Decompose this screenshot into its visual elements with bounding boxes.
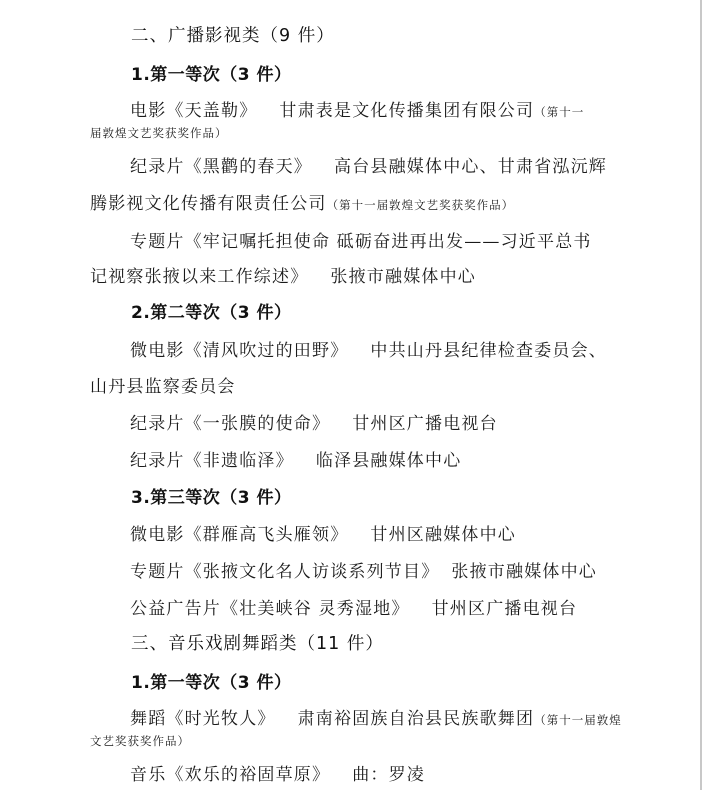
organization: 甘州区广播电视台 xyxy=(352,414,498,434)
award-note-continuation: 文艺奖获奖作品） xyxy=(90,733,190,749)
section-heading: 三、音乐戏剧舞蹈类（11 件） xyxy=(131,630,384,655)
list-item: 公益广告片《壮美峡谷 灵秀湿地》甘州区广播电视台 xyxy=(130,594,577,619)
list-item: 舞蹈《时光牧人》肃南裕固族自治县民族歌舞团（第十一届敦煌 xyxy=(130,704,622,729)
award-note: （第十一届敦煌 xyxy=(534,713,622,727)
organization: 甘肃表是文化传播集团有限公司 xyxy=(279,101,534,121)
tier-heading: 3.第三等次（3 件） xyxy=(131,483,292,508)
work-title: 纪录片《一张膜的使命》 xyxy=(130,414,330,434)
tier-heading: 1.第一等次（3 件） xyxy=(131,668,292,693)
list-item: 纪录片《一张膜的使命》甘州区广播电视台 xyxy=(130,409,498,434)
organization: 甘州区广播电视台 xyxy=(432,599,578,619)
work-title: 纪录片《非遗临泽》 xyxy=(130,451,294,471)
organization: 张掖市融媒体中心 xyxy=(330,267,476,287)
list-item: 纪录片《非遗临泽》临泽县融媒体中心 xyxy=(130,446,461,471)
award-note: （第十一 xyxy=(534,105,584,119)
list-item-continuation: 山丹县监察委员会 xyxy=(90,372,236,397)
list-item: 电影《天盖勒》甘肃表是文化传播集团有限公司（第十一 xyxy=(130,96,584,121)
work-title: 纪录片《黑鹳的春天》 xyxy=(130,157,312,177)
organization: 临泽县融媒体中心 xyxy=(316,451,462,471)
list-item: 专题片《牢记嘱托担使命 砥砺奋进再出发——习近平总书 xyxy=(130,227,592,252)
organization: 肃南裕固族自治县民族歌舞团 xyxy=(298,709,535,729)
composer: 曲：罗凌 xyxy=(352,765,425,785)
list-item: 专题片《张掖文化名人访谈系列节目》张掖市融媒体中心 xyxy=(130,557,597,582)
tier-heading: 1.第一等次（3 件） xyxy=(131,60,292,85)
award-note-continuation: 届敦煌文艺奖获奖作品） xyxy=(90,125,228,141)
work-title: 微电影《群雁高飞头雁领》 xyxy=(130,525,348,545)
list-item: 音乐《欢乐的裕固草原》曲：罗凌 xyxy=(130,760,425,785)
organization: 甘州区融媒体中心 xyxy=(370,525,516,545)
organization: 中共山丹县纪律检查委员会、 xyxy=(370,341,607,361)
work-title: 电影《天盖勒》 xyxy=(130,101,257,121)
list-item-continuation: 腾影视文化传播有限责任公司（第十一届敦煌文艺奖获奖作品） xyxy=(90,189,514,214)
work-title: 公益广告片《壮美峡谷 灵秀湿地》 xyxy=(130,599,410,619)
award-note: （第十一届敦煌文艺奖获奖作品） xyxy=(327,198,515,212)
work-title: 微电影《清风吹过的田野》 xyxy=(130,341,348,361)
list-item-continuation: 记视察张掖以来工作综述》张掖市融媒体中心 xyxy=(90,262,476,287)
work-title: 专题片《张掖文化名人访谈系列节目》 xyxy=(130,562,439,582)
organization: 高台县融媒体中心、甘肃省泓沅辉 xyxy=(334,157,607,177)
organization: 张掖市融媒体中心 xyxy=(451,562,597,582)
work-title: 舞蹈《时光牧人》 xyxy=(130,709,276,729)
work-title: 专题片《牢记嘱托担使命 砥砺奋进再出发——习近平总书 xyxy=(130,232,592,252)
list-item: 微电影《群雁高飞头雁领》甘州区融媒体中心 xyxy=(130,520,516,545)
tier-heading: 2.第二等次（3 件） xyxy=(131,298,292,323)
work-title: 音乐《欢乐的裕固草原》 xyxy=(130,765,330,785)
list-item: 纪录片《黑鹳的春天》高台县融媒体中心、甘肃省泓沅辉 xyxy=(130,152,607,177)
work-title: 记视察张掖以来工作综述》 xyxy=(90,267,308,287)
list-item: 微电影《清风吹过的田野》中共山丹县纪律检查委员会、 xyxy=(130,336,607,361)
section-heading: 二、广播影视类（9 件） xyxy=(131,22,335,47)
organization: 腾影视文化传播有限责任公司 xyxy=(90,194,327,214)
